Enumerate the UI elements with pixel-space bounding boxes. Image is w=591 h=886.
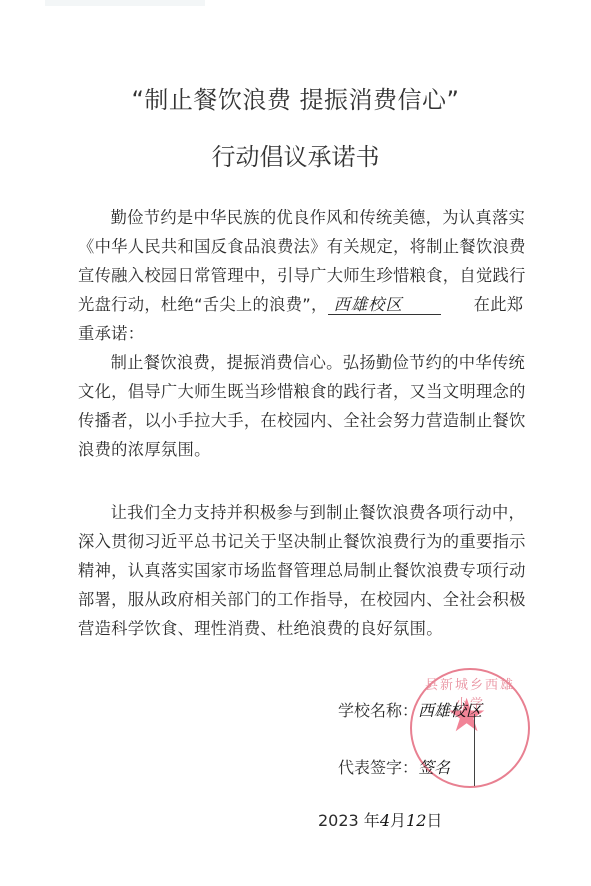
signature-stroke: [474, 714, 475, 786]
school-name-label: 学校名称：: [338, 701, 418, 720]
handwritten-school-blank: 西雄校区: [328, 295, 441, 315]
paragraph-call-to-action: 让我们全力支持并积极参与到制止餐饮浪费各项行动中，深入贯彻习近平总书记关于坚决制…: [78, 498, 530, 643]
date-month: 4: [380, 811, 390, 830]
paragraph-commitment: 制止餐饮浪费，提振消费信心。弘扬勤俭节约的中华传统文化，倡导广大师生既当珍惜粮食…: [78, 348, 530, 464]
rep-signature-label: 代表签字：: [338, 758, 418, 777]
scan-artifact: [45, 0, 205, 6]
document-subtitle: 行动倡议承诺书: [0, 137, 591, 172]
date-day-label: 日: [426, 811, 442, 830]
representative-signature-row: 代表签字：签名: [338, 755, 450, 778]
school-name-row: 学校名称：西雄校区: [338, 698, 482, 721]
document-title: “制止餐饮浪费 提振消费信心”: [0, 80, 591, 115]
paragraph-intro: 勤俭节约是中华民族的优良作风和传统美德，为认真落实《中华人民共和国反食品浪费法》…: [78, 203, 530, 348]
date-year: 2023 年: [318, 811, 380, 830]
rep-signature-value: 签名: [418, 758, 450, 777]
date-line: 2023 年4月12日: [318, 808, 442, 831]
date-day: 12: [406, 811, 426, 830]
school-name-value: 西雄校区: [418, 701, 482, 720]
intro-text: 勤俭节约是中华民族的优良作风和传统美德，为认真落实《中华人民共和国反食品浪费法》…: [78, 208, 526, 314]
date-month-label: 月: [390, 811, 406, 830]
